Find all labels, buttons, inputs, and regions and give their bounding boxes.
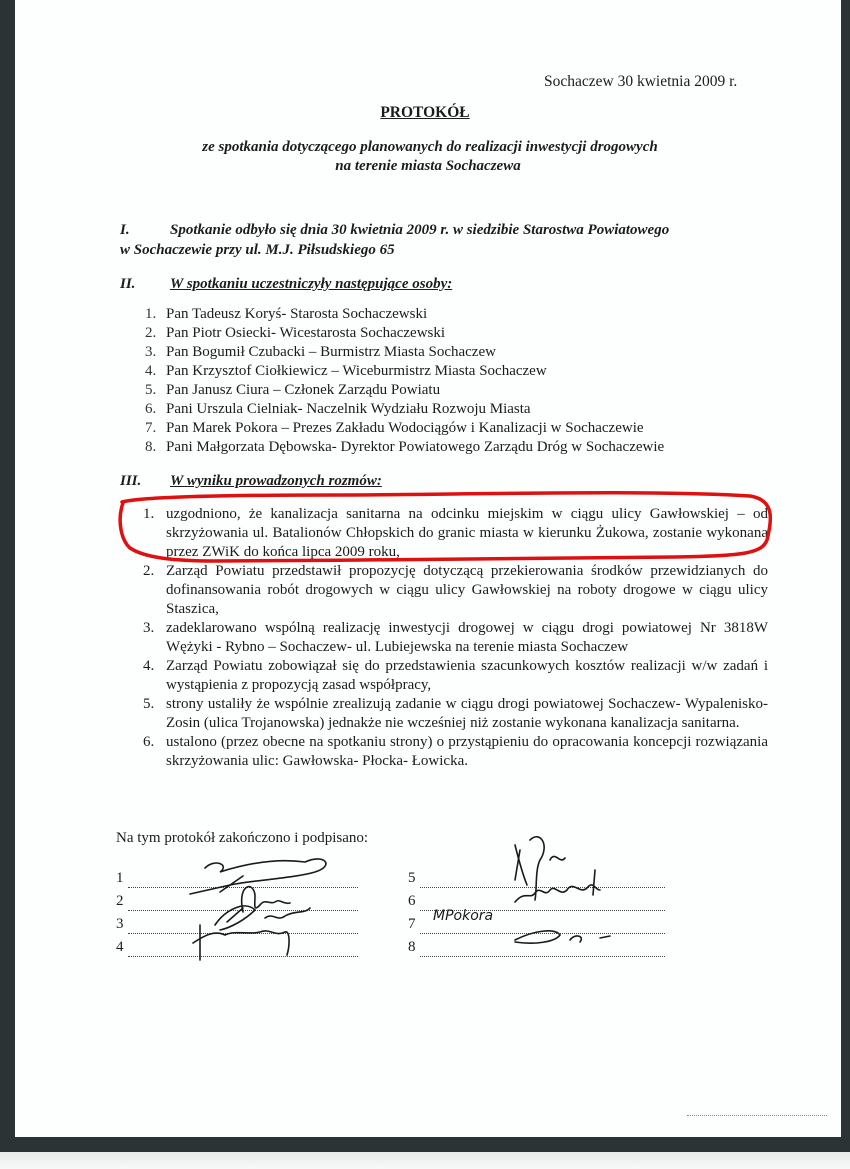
document-subtitle-line2: na terenie miasta Sochaczewa	[15, 158, 841, 175]
participant-item: 5.Pan Janusz Ciura – Członek Zarządu Pow…	[145, 381, 664, 400]
participants-list: 1.Pan Tadeusz Koryś- Starosta Sochaczews…	[145, 305, 664, 457]
participant-item: 6.Pani Urszula Cielniak- Naczelnik Wydzi…	[145, 400, 664, 419]
document-subtitle-line1: ze spotkania dotyczącego planowanych do …	[17, 139, 843, 156]
participant-number: 1.	[145, 305, 156, 324]
signature-number: 1	[116, 868, 128, 888]
participant-item: 2.Pan Piotr Osiecki- Wicestarosta Sochac…	[145, 324, 664, 343]
decision-text: zadeklarowano wspólną realizację inwesty…	[166, 619, 768, 657]
participant-text: Pani Urszula Cielniak- Naczelnik Wydział…	[166, 401, 531, 417]
participant-number: 3.	[145, 343, 156, 362]
section-1-line2: w Sochaczewie przy ul. M.J. Piłsudskiego…	[120, 242, 395, 259]
decision-number: 5.	[143, 695, 154, 714]
signature-dotted-line	[420, 942, 665, 957]
closing-text: Na tym protokół zakończono i podpisano:	[116, 830, 368, 847]
participant-text: Pan Piotr Osiecki- Wicestarosta Sochacze…	[166, 325, 445, 341]
participant-text: Pan Janusz Ciura – Członek Zarządu Powia…	[166, 382, 440, 398]
signature-dotted-line	[128, 919, 358, 934]
participant-text: Pan Krzysztof Ciołkiewicz – Wiceburmistr…	[166, 363, 547, 379]
decision-number: 4.	[143, 657, 154, 676]
participant-item: 4.Pan Krzysztof Ciołkiewicz – Wiceburmis…	[145, 362, 664, 381]
participant-text: Pan Tadeusz Koryś- Starosta Sochaczewski	[166, 306, 427, 322]
signature-number: 4	[116, 937, 128, 957]
participant-item: 1.Pan Tadeusz Koryś- Starosta Sochaczews…	[145, 305, 664, 324]
decision-item: 4.Zarząd Powiatu zobowiązał się do przed…	[143, 657, 768, 695]
signature-line-4: 4	[116, 937, 358, 957]
section-3: III.W wyniku prowadzonych rozmów:	[120, 473, 382, 490]
decisions-list: 1.uzgodniono, że kanalizacja sanitarna n…	[143, 505, 768, 771]
decision-text: uzgodniono, że kanalizacja sanitarna na …	[166, 505, 768, 562]
signature-dotted-line	[420, 873, 665, 888]
participant-text: Pani Małgorzata Dębowska- Dyrektor Powia…	[166, 439, 664, 455]
section-1: I.Spotkanie odbyło się dnia 30 kwietnia …	[120, 222, 669, 239]
signature-dotted-line	[128, 896, 358, 911]
participant-item: 3.Pan Bogumił Czubacki – Burmistrz Miast…	[145, 343, 664, 362]
signature-dotted-line	[128, 873, 358, 888]
signature-number: 6	[408, 891, 420, 911]
decision-number: 2.	[143, 562, 154, 581]
decision-item: 3.zadeklarowano wspólną realizację inwes…	[143, 619, 768, 657]
decision-item: 2.Zarząd Powiatu przedstawił propozycję …	[143, 562, 768, 619]
decision-number: 6.	[143, 733, 154, 752]
participant-number: 5.	[145, 381, 156, 400]
participant-text: Pan Bogumił Czubacki – Burmistrz Miasta …	[166, 344, 496, 360]
participant-number: 7.	[145, 419, 156, 438]
decision-text: Zarząd Powiatu przedstawił propozycję do…	[166, 562, 768, 619]
participant-item: 8.Pani Małgorzata Dębowska- Dyrektor Pow…	[145, 438, 664, 457]
participant-number: 8.	[145, 438, 156, 457]
decision-text: Zarząd Powiatu zobowiązał się do przedst…	[166, 657, 768, 695]
participant-text: Pan Marek Pokora – Prezes Zakładu Wodoci…	[166, 420, 644, 436]
decision-number: 1.	[143, 505, 154, 524]
signature-line-2: 2	[116, 891, 358, 911]
document-title: PROTOKÓŁ	[12, 104, 838, 122]
signature-dotted-line	[420, 896, 665, 911]
footer-dotted-line	[687, 1115, 827, 1116]
signature-line-1: 1	[116, 868, 358, 888]
signature-line-7: 7	[408, 914, 665, 934]
section-2: II.W spotkaniu uczestniczyły następujące…	[120, 276, 452, 293]
section-1-line1: Spotkanie odbyło się dnia 30 kwietnia 20…	[170, 222, 669, 238]
decision-text: ustalono (przez obecne na spotkaniu stro…	[166, 733, 768, 771]
section-2-heading: W spotkaniu uczestniczyły następujące os…	[170, 276, 452, 292]
decision-item: 5.strony ustaliły że wspólnie zrealizują…	[143, 695, 768, 733]
participant-number: 6.	[145, 400, 156, 419]
signature-line-3: 3	[116, 914, 358, 934]
decision-text: strony ustaliły że wspólnie zrealizują z…	[166, 695, 768, 733]
place-date: Sochaczew 30 kwietnia 2009 r.	[544, 73, 737, 91]
signature-number: 2	[116, 891, 128, 911]
section-3-heading: W wyniku prowadzonych rozmów:	[170, 473, 382, 489]
signature-dotted-line	[420, 919, 665, 934]
signature-number: 5	[408, 868, 420, 888]
signature-number: 3	[116, 914, 128, 934]
scanner-bottom-strip	[0, 1152, 850, 1169]
decision-item-highlighted: 1.uzgodniono, że kanalizacja sanitarna n…	[143, 505, 768, 562]
signature-number: 8	[408, 937, 420, 957]
participant-item: 7.Pan Marek Pokora – Prezes Zakładu Wodo…	[145, 419, 664, 438]
participant-number: 2.	[145, 324, 156, 343]
signature-line-8: 8	[408, 937, 665, 957]
signature-dotted-line	[128, 942, 358, 957]
participant-number: 4.	[145, 362, 156, 381]
section-3-number: III.	[120, 473, 170, 490]
section-2-number: II.	[120, 276, 170, 293]
document-page: Sochaczew 30 kwietnia 2009 r. PROTOKÓŁ z…	[15, 0, 841, 1137]
decision-item: 6.ustalono (przez obecne na spotkaniu st…	[143, 733, 768, 771]
signature-number: 7	[408, 914, 420, 934]
signature-line-5: 5	[408, 868, 665, 888]
decision-number: 3.	[143, 619, 154, 638]
section-1-number: I.	[120, 222, 170, 239]
signature-line-6: 6	[408, 891, 665, 911]
